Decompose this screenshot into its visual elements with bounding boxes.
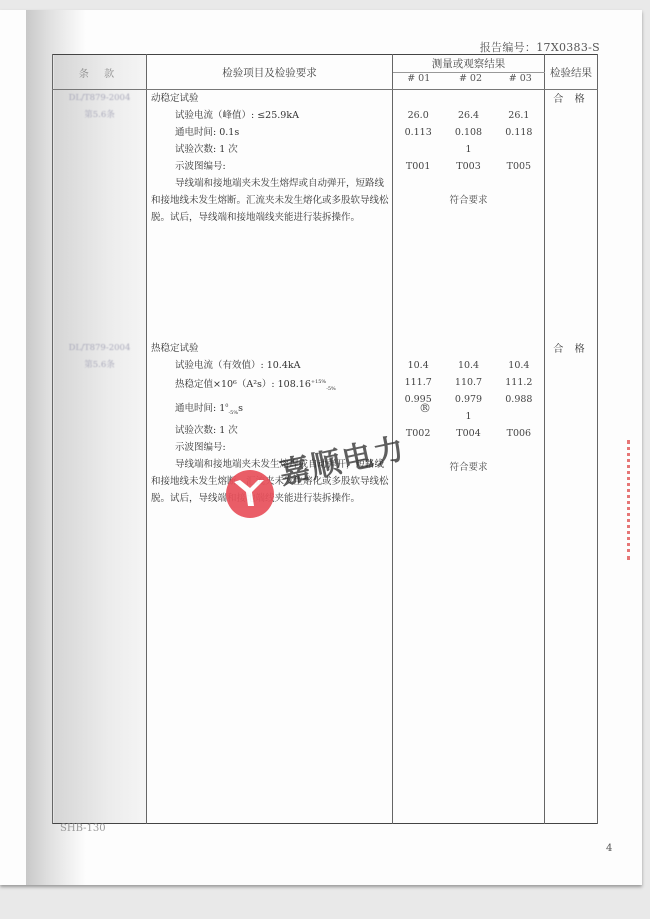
value: T006 — [494, 425, 544, 442]
header-sample-01: # 01 — [393, 73, 445, 90]
value: 0.988 — [494, 391, 544, 408]
report-number: 报告编号：17X0383-S — [480, 39, 600, 55]
value: 10.4 — [393, 357, 443, 374]
header-measurement: 测量或观察结果 — [393, 55, 545, 73]
measurement-count: 1 — [393, 408, 544, 425]
test-param: 通电时间: 10-5%s — [151, 398, 392, 422]
test-requirement: 导线端和接地端夹未发生熔焊或自动弹开，短路线和接地线未发生熔断。汇流夹未发生熔化… — [151, 175, 392, 226]
value: 0.118 — [494, 124, 544, 141]
page-number: 4 — [606, 843, 612, 854]
measurement-row-time: 0.995 0.979 0.988 — [393, 391, 544, 408]
test-param: 试验电流（有效值）: 10.4kA — [151, 357, 392, 374]
header-item: 检验项目及检验要求 — [147, 55, 393, 90]
value: 111.7 — [393, 374, 443, 391]
registered-mark: ® — [419, 401, 431, 415]
value: T003 — [443, 158, 493, 175]
value: 10.4 — [494, 357, 544, 374]
measurement-cell-dynamic: 26.0 26.4 26.1 0.113 0.108 0.118 1 T001 … — [393, 90, 545, 340]
clause-standard: DL/T879-2004 — [53, 90, 146, 107]
test-param: 示波图编号: — [151, 158, 392, 175]
result-pass: 合 格 — [545, 340, 597, 358]
watermark-logo-icon — [226, 470, 274, 518]
header-result: 检验结果 — [545, 55, 598, 90]
value: 26.4 — [443, 107, 493, 124]
value: T001 — [393, 158, 443, 175]
measurement-count: 1 — [393, 141, 544, 158]
value: 0.108 — [443, 124, 493, 141]
seal-stamp-edge — [627, 440, 650, 560]
measurement-row-oscillogram: T001 T003 T005 — [393, 158, 544, 175]
value: 26.0 — [393, 107, 443, 124]
test-param: 热稳定值×10⁶（A²s）: 108.16+15%-5% — [151, 374, 392, 398]
test-title: 热稳定试验 — [151, 340, 392, 357]
clause-cell-2: DL/T879-2004 第5.6条 — [53, 340, 147, 824]
clause-standard: DL/T879-2004 — [53, 340, 146, 357]
clause-section: 第5.6条 — [53, 107, 146, 124]
value: T004 — [443, 425, 493, 442]
measurement-row-current: 26.0 26.4 26.1 — [393, 107, 544, 124]
measurement-cell-thermal: 10.4 10.4 10.4 111.7 110.7 111.2 0.995 0… — [393, 340, 545, 824]
value: 110.7 — [443, 374, 493, 391]
value: 0.979 — [443, 391, 493, 408]
header-sample-03: # 03 — [497, 73, 545, 90]
value: 111.2 — [494, 374, 544, 391]
clause-section: 第5.6条 — [53, 357, 146, 374]
measurement-row-oscillogram: T002 T004 T006 — [393, 425, 544, 442]
measurement-row-time: 0.113 0.108 0.118 — [393, 124, 544, 141]
observation-text: 符合要求 — [393, 459, 544, 476]
measurement-row-thermal: 111.7 110.7 111.2 — [393, 374, 544, 391]
test-title: 动稳定试验 — [151, 90, 392, 107]
test-param: 试验次数: 1 次 — [151, 141, 392, 158]
result-pass: 合 格 — [545, 90, 597, 108]
result-cell-thermal: 合 格 — [545, 340, 598, 824]
value: 10.4 — [443, 357, 493, 374]
clause-cell-1: DL/T879-2004 第5.6条 — [53, 90, 147, 340]
item-cell-dynamic: 动稳定试验 试验电流（峰值）: ≤25.9kA 通电时间: 0.1s 试验次数:… — [147, 90, 393, 340]
test-param: 试验电流（峰值）: ≤25.9kA — [151, 107, 392, 124]
measurement-row-current: 10.4 10.4 10.4 — [393, 357, 544, 374]
test-param: 通电时间: 0.1s — [151, 124, 392, 141]
result-cell-dynamic: 合 格 — [545, 90, 598, 340]
item-cell-thermal: 热稳定试验 试验电流（有效值）: 10.4kA 热稳定值×10⁶（A²s）: 1… — [147, 340, 393, 824]
value: 0.113 — [393, 124, 443, 141]
header-clause: 条 款 — [53, 55, 147, 90]
form-code: SHB-130 — [60, 823, 106, 834]
value: 26.1 — [494, 107, 544, 124]
value: T005 — [494, 158, 544, 175]
header-sample-02: # 02 — [445, 73, 497, 90]
observation-text: 符合要求 — [393, 192, 544, 209]
